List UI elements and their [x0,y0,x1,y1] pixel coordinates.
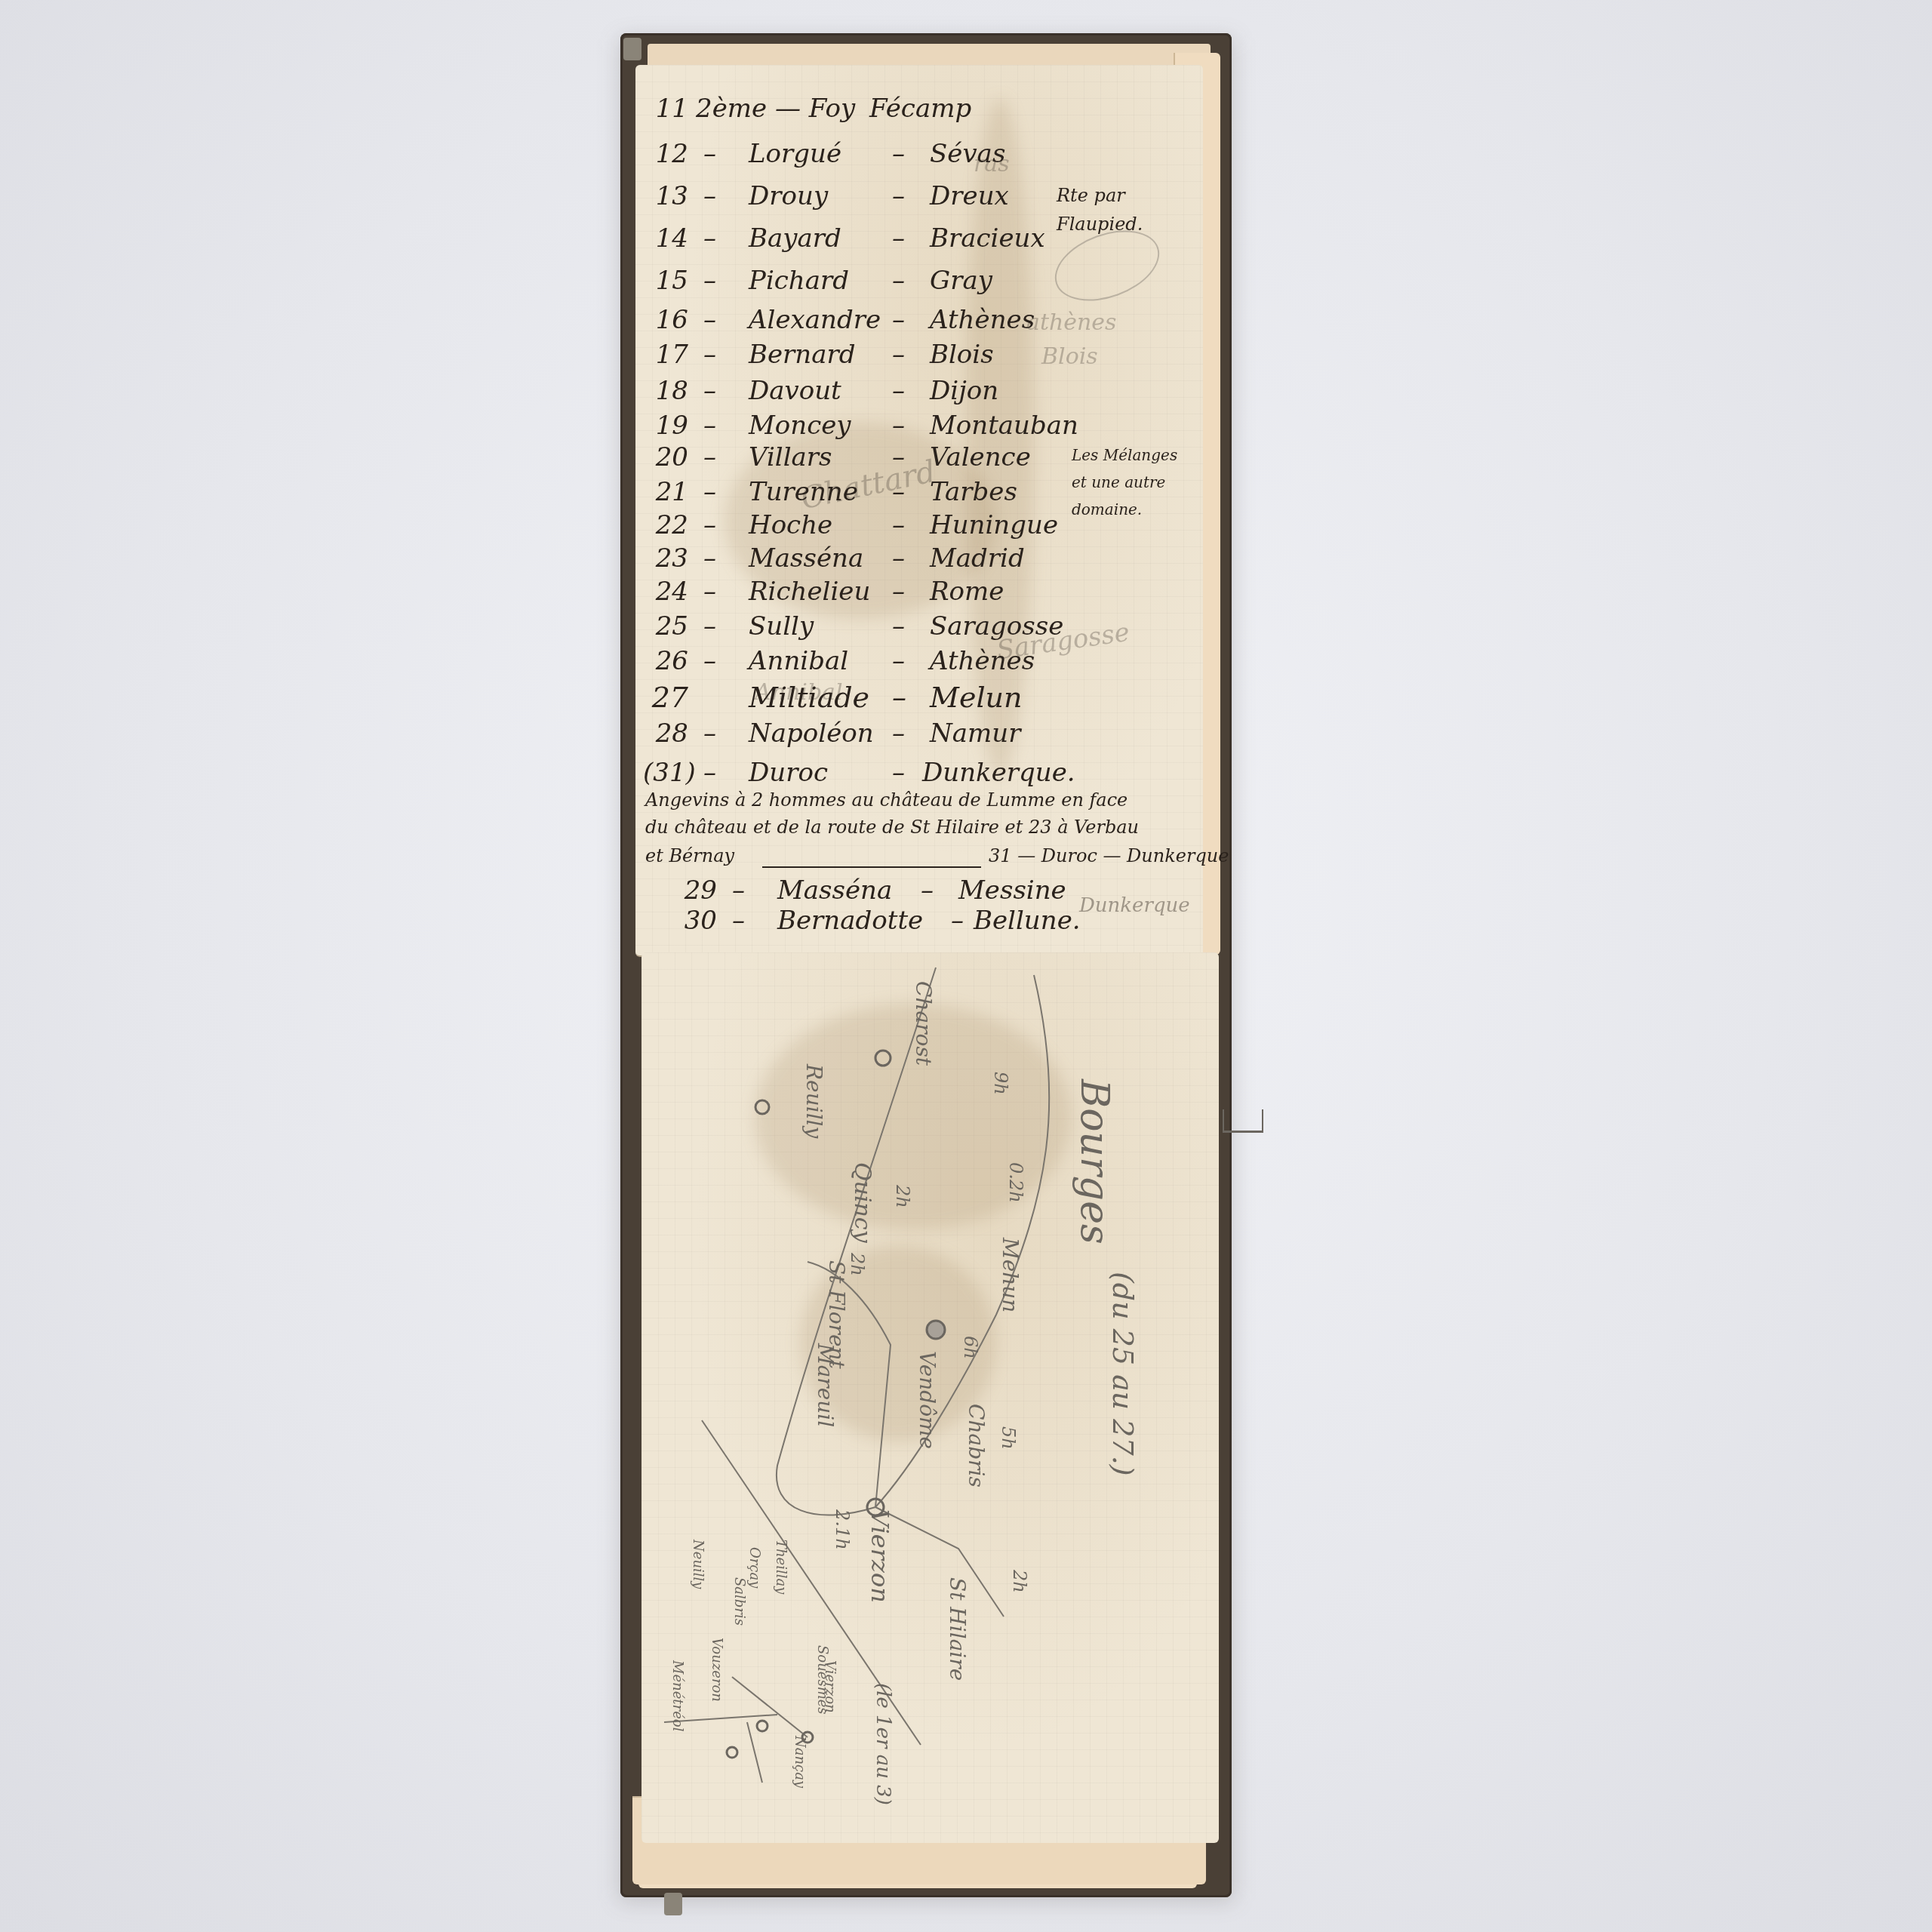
place-label: Quincy [849,1162,875,1243]
corner-note: Ménétréol [669,1660,685,1731]
cover-corner [664,1893,682,1915]
bottom-note: (le 1er au 3) [872,1683,894,1805]
time-label: 2h [892,1185,913,1208]
underline-divider [762,866,981,868]
small-place-label: Orçay [746,1547,762,1588]
time-label: 2.1h [832,1509,853,1550]
time-label: 6h [960,1336,981,1359]
bleed-text: athènes [1026,309,1117,336]
place-label: Mehun [998,1238,1023,1312]
sketch-title: Bourges [1072,1079,1117,1244]
time-label: 9h [990,1072,1011,1095]
sketch-date-range: (du 25 au 27.) [1106,1272,1140,1476]
place-label: Reuilly [801,1064,826,1138]
place-label: Mareuil [813,1343,838,1427]
small-place-label: Vouzeron [709,1638,724,1702]
paragraph-line: Angevins à 2 hommes au château de Lumme … [645,789,1128,811]
small-place-label: Theillay [773,1540,789,1594]
time-label: 2h [847,1253,868,1276]
small-place-label: Salbris [731,1577,747,1626]
small-place-label: Vierzon [822,1660,838,1713]
time-label: 5h [998,1426,1019,1450]
small-place-label: Nançay [792,1736,808,1788]
paragraph-line: et Bérnay [645,845,734,866]
loose-thread [1223,1109,1263,1133]
margin-note: Dunkerque [1079,894,1190,917]
place-label: Charost [911,981,936,1066]
place-label: Vierzon [866,1509,894,1603]
paragraph-tail: 31 — Duroc — Dunkerque [989,845,1229,866]
time-label: 0.2h [1005,1162,1026,1203]
time-label: 2h [1009,1570,1030,1593]
cover-corner [623,38,641,60]
place-label: Vendôme [915,1351,940,1449]
margin-note: Les Mélanges et une autre domaine. [1072,441,1177,523]
place-label: St Hilaire [945,1577,970,1681]
bleed-text: Blois [1041,343,1098,370]
small-place-label: Neuilly [690,1540,706,1589]
place-label: Chabris [964,1404,989,1487]
paragraph-line: du château et de la route de St Hilaire … [645,817,1139,838]
